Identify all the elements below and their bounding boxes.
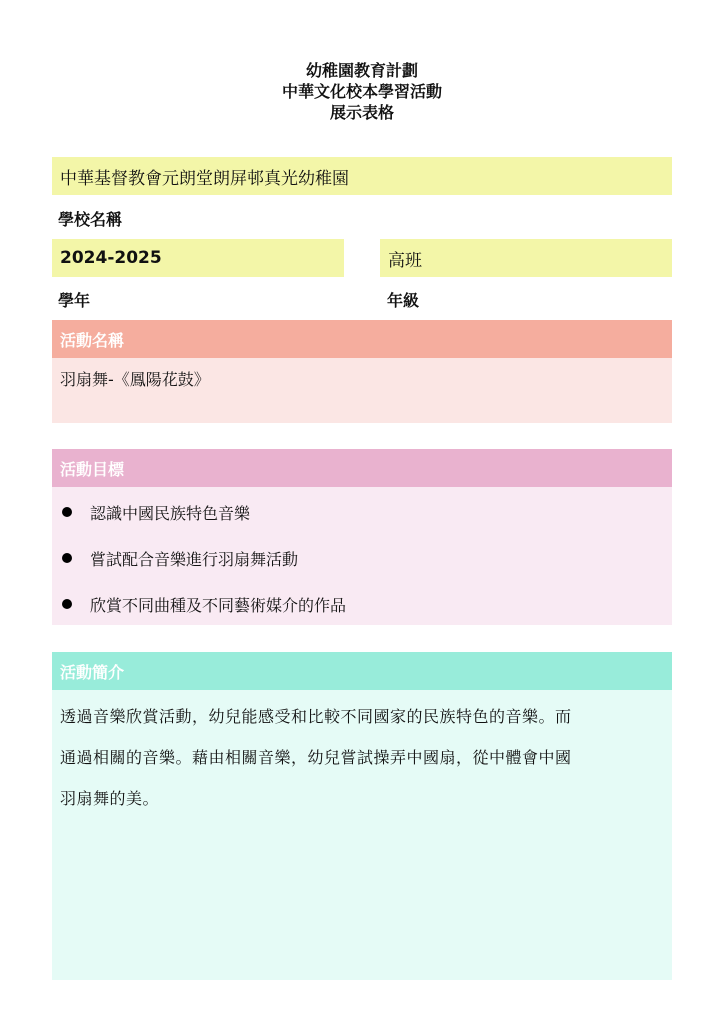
grade-field[interactable]: 高班 — [380, 239, 672, 277]
summary-field[interactable]: 透過音樂欣賞活動，幼兒能感受和比較不同國家的民族特色的音樂。而 通過相關的音樂。… — [52, 690, 672, 980]
objective-text: 欣賞不同曲種及不同藝術媒介的作品 — [90, 593, 346, 616]
title-line-2: 中華文化校本學習活動 — [0, 81, 724, 102]
grade-label: 年級 — [387, 288, 419, 311]
objective-item: 認識中國民族特色音樂 — [60, 489, 664, 535]
objective-item: 嘗試配合音樂進行羽扇舞活動 — [60, 535, 664, 581]
title-line-1: 幼稚園教育計劃 — [0, 60, 724, 81]
school-year-field[interactable]: 2024-2025 — [52, 239, 344, 277]
title-line-3: 展示表格 — [0, 102, 724, 123]
summary-line: 透過音樂欣賞活動，幼兒能感受和比較不同國家的民族特色的音樂。而 — [60, 696, 664, 737]
summary-line: 羽扇舞的美。 — [60, 778, 664, 819]
activity-name-header: 活動名稱 — [52, 320, 672, 358]
objectives-header: 活動目標 — [52, 449, 672, 487]
objectives-list: 認識中國民族特色音樂 嘗試配合音樂進行羽扇舞活動 欣賞不同曲種及不同藝術媒介的作… — [52, 487, 672, 625]
bullet-icon — [62, 507, 72, 517]
summary-header: 活動簡介 — [52, 652, 672, 690]
summary-text: 透過音樂欣賞活動，幼兒能感受和比較不同國家的民族特色的音樂。而 通過相關的音樂。… — [60, 690, 664, 819]
bullet-icon — [62, 599, 72, 609]
school-name-label: 學校名稱 — [58, 207, 122, 230]
document-title: 幼稚園教育計劃 中華文化校本學習活動 展示表格 — [0, 60, 724, 123]
bullet-icon — [62, 553, 72, 563]
school-year-label: 學年 — [58, 288, 90, 311]
activity-name-field[interactable]: 羽扇舞-《鳳陽花鼓》 — [52, 358, 672, 423]
summary-line: 通過相關的音樂。藉由相關音樂，幼兒嘗試操弄中國扇，從中體會中國 — [60, 737, 664, 778]
objective-text: 認識中國民族特色音樂 — [90, 501, 250, 524]
school-name-field[interactable]: 中華基督教會元朗堂朗屏邨真光幼稚園 — [52, 157, 672, 195]
objective-item: 欣賞不同曲種及不同藝術媒介的作品 — [60, 581, 664, 627]
objective-text: 嘗試配合音樂進行羽扇舞活動 — [90, 547, 298, 570]
